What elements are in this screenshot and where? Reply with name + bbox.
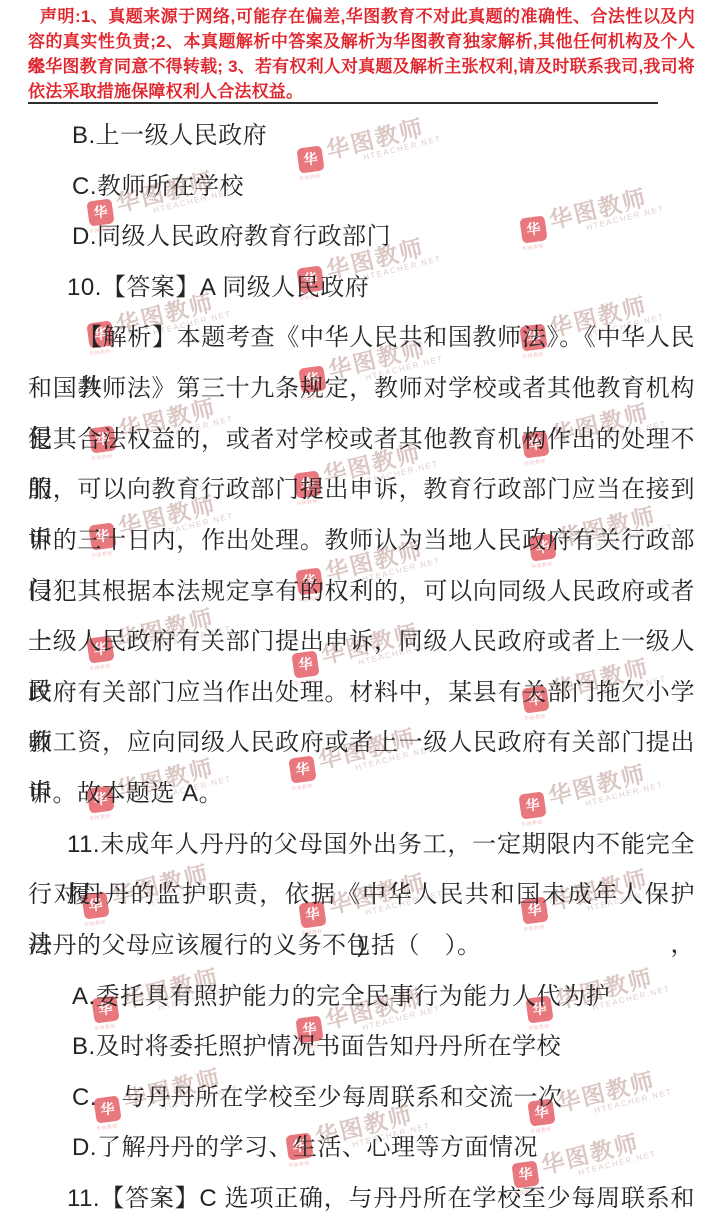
disclaimer-line: 容的真实性负责;2、本真题解析中答案及解析为华图教育独家解析,其他任何机构及个人…	[28, 29, 695, 54]
disclaimer-prefix: 声明:	[40, 7, 81, 26]
body-line: 一级人民政府有关部门提出申诉，同级人民政府或者上一级人民	[28, 617, 695, 667]
body-line: 侵犯其根据本法规定享有的权利的，可以向同级人民政府或者上	[28, 567, 695, 617]
body-line: 【解析】本题考查《中华人民共和国教师法》。《中华人民共	[28, 313, 695, 363]
body-line: 10.【答案】A 同级人民政府	[28, 263, 695, 313]
body-line: C.教师所在学校	[28, 162, 695, 212]
body-line: C. 与丹丹所在学校至少每周联系和交流一次	[28, 1073, 695, 1123]
disclaimer-line: 经华图教育同意不得转载; 3、若有权利人对真题及解析主张权利,请及时联系我司,我…	[28, 54, 695, 79]
body-line: 和国教师法》第三十九条规定，教师对学校或者其他教育机构侵	[28, 364, 695, 414]
body-line: 政府有关部门应当作出处理。材料中，某县有关部门拖欠小学教	[28, 668, 695, 718]
body-line: D.同级人民政府教育行政部门	[28, 212, 695, 262]
body-line: D.了解丹丹的学习、生活、心理等方面情况	[28, 1123, 695, 1173]
disclaimer-line: 依法采取措施保障权利人合法权益。	[28, 79, 695, 104]
section-divider	[28, 102, 658, 104]
body-line: 诉。故本题选 A。	[28, 769, 695, 819]
body-line: 丹丹的父母应该履行的义务不包括（ ）。	[28, 921, 695, 971]
body-line: 11.【答案】C 选项正确，与丹丹所在学校至少每周联系和	[28, 1174, 695, 1221]
body-line: 11.未成年人丹丹的父母国外出务工，一定期限内不能完全履	[28, 820, 695, 870]
document-page: 华华图教师华图教师HTEACHER.NET华华图教师华图教师HTEACHER.N…	[0, 0, 723, 1221]
body-line: 犯其合法权益的，或者对学校或者其他教育机构作出的处理不服	[28, 415, 695, 465]
body-line: 师工资，应向同级人民政府或者上一级人民政府有关部门提出申	[28, 718, 695, 768]
body-line: B.上一级人民政府	[28, 111, 695, 161]
disclaimer-line: 声明:1、真题来源于网络,可能存在偏差,华图教育不对此真题的准确性、合法性以及内	[28, 4, 695, 29]
body-line: 的，可以向教育行政部门提出申诉，教育行政部门应当在接到申	[28, 465, 695, 515]
body-line: B.及时将委托照护情况书面告知丹丹所在学校	[28, 1022, 695, 1072]
body-line: 行对丹丹的监护职责，依据《中华人民共和国未成年人保护法)，	[28, 870, 695, 920]
body-line: 诉的三十日内，作出处理。教师认为当地人民政府有关行政部门	[28, 516, 695, 566]
body-line: A.委托具有照护能力的完全民事行为能力人代为护	[28, 972, 695, 1022]
